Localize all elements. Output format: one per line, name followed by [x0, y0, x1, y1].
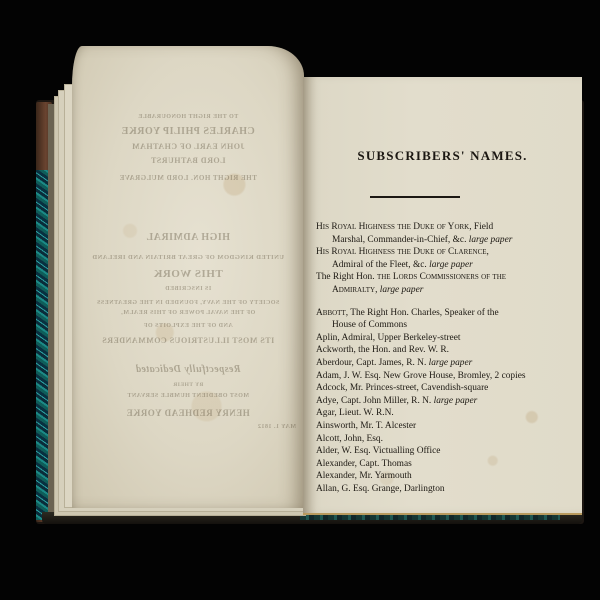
list-item: Ainsworth, Mr. T. Alcester	[316, 420, 570, 433]
entry-name: His Royal Highness the Duke of Clarence,	[316, 247, 489, 257]
list-item: Alder, W. Esq. Victualling Office	[316, 445, 570, 458]
entry-text: Admiral of the Fleet, &c.	[332, 260, 429, 270]
entry-note: large paper	[469, 235, 513, 245]
ghost-line: UNITED KINGDOM OF GREAT BRITAIN AND IREL…	[80, 254, 296, 261]
entry-text: Alcott, John, Esq.	[316, 433, 570, 446]
entry-note: large paper	[429, 358, 473, 368]
entry-text: Alexander, Capt. Thomas	[316, 458, 570, 471]
right-page: SUBSCRIBERS' NAMES. His Royal Highness t…	[303, 77, 582, 515]
list-item: Alexander, Mr. Yarmouth	[316, 470, 570, 483]
ghost-line: IS INSCRIBED	[80, 286, 296, 292]
list-item: Adye, Capt. John Miller, R. N. large pap…	[316, 395, 570, 408]
entry-text: Alexander, Mr. Yarmouth	[316, 470, 570, 483]
ghost-line: THE RIGHT HON. LORD MULGRAVE	[80, 174, 296, 182]
subscriber-list: His Royal Highness the Duke of York, Fie…	[316, 221, 570, 495]
bottom-marbled-edge	[300, 515, 560, 520]
ghost-line: MAY 1. 1812	[92, 424, 296, 430]
list-item: Alcott, John, Esq.	[316, 433, 570, 446]
entry-text: Marshal, Commander-in-Chief, &c.	[332, 235, 469, 245]
ghost-line: MOST OBEDIENT HUMBLE SERVANT	[80, 393, 296, 399]
entry-note: large paper	[429, 260, 473, 270]
title-rule	[370, 196, 460, 198]
list-item: His Royal Highness the Duke of Clarence,…	[316, 246, 570, 271]
ghost-line: SOCIETY OF THE NAVY, FOUNDED IN THE GREA…	[80, 300, 296, 306]
entry-note: large paper	[377, 285, 423, 295]
entry-name: Abbott,	[316, 308, 348, 318]
entry-text: The Right Hon. Charles, Speaker of the	[348, 308, 499, 318]
list-item: Adcock, Mr. Princes-street, Cavendish-sq…	[316, 382, 570, 395]
ghost-line: LORD BATHURST	[80, 156, 296, 165]
photo-scene: TO THE RIGHT HONOURABLE CHARLES PHILIP Y…	[0, 0, 600, 600]
entry-text: Aplin, Admiral, Upper Berkeley-street	[316, 332, 570, 345]
entry-note: large paper	[434, 396, 478, 406]
entry-name: His Royal Highness the Duke of York,	[316, 222, 472, 232]
entry-name: Admiralty,	[332, 285, 377, 295]
entry-text: The Right Hon.	[316, 272, 377, 282]
list-item: Aberdour, Capt. James, R. N. large paper	[316, 357, 570, 370]
list-item: Ackworth, the Hon. and Rev. W. R.	[316, 344, 570, 357]
ghost-line: ITS MOST ILLUSTRIOUS COMMANDERS	[80, 336, 296, 345]
spacer	[316, 297, 570, 307]
entry-text: Adcock, Mr. Princes-street, Cavendish-sq…	[316, 382, 570, 395]
list-item: Aplin, Admiral, Upper Berkeley-street	[316, 332, 570, 345]
ghost-line: JOHN EARL OF CHATHAM	[80, 142, 296, 151]
marbled-board	[36, 170, 48, 520]
list-item: Adam, J. W. Esq. New Grove House, Bromle…	[316, 370, 570, 383]
entry-name: the Lords Commissioners of the	[377, 272, 506, 282]
ghost-line: AND OF THE EXPLOITS OF	[80, 323, 296, 329]
page-title: SUBSCRIBERS' NAMES.	[303, 148, 582, 164]
list-item: Agar, Lieut. W. R.N.	[316, 407, 570, 420]
entry-text: Adye, Capt. John Miller, R. N.	[316, 396, 434, 406]
list-item: His Royal Highness the Duke of York, Fie…	[316, 221, 570, 246]
ghost-line: HENRY REDHEAD YORKE	[80, 408, 296, 418]
entry-continuation: House of Commons	[316, 319, 570, 332]
entry-text: Agar, Lieut. W. R.N.	[316, 407, 570, 420]
ghost-line: TO THE RIGHT HONOURABLE	[80, 114, 296, 120]
entry-text: Ackworth, the Hon. and Rev. W. R.	[316, 344, 570, 357]
list-item: The Right Hon. the Lords Commissioners o…	[316, 271, 570, 296]
ghost-line: Respectfully Dedicated	[80, 364, 296, 375]
entry-text: Ainsworth, Mr. T. Alcester	[316, 420, 570, 433]
entry-text: Adam, J. W. Esq. New Grove House, Bromle…	[316, 370, 570, 383]
ghost-line: THIS WORK	[80, 268, 296, 280]
entry-text: Aberdour, Capt. James, R. N.	[316, 358, 429, 368]
entry-text: Alder, W. Esq. Victualling Office	[316, 445, 570, 458]
list-item: Abbott, The Right Hon. Charles, Speaker …	[316, 307, 570, 332]
ghost-line: HIGH ADMIRAL	[80, 232, 296, 243]
list-item: Allan, G. Esq. Grange, Darlington	[316, 483, 570, 496]
ghost-line: CHARLES PHILIP YORKE	[80, 126, 296, 137]
left-page: TO THE RIGHT HONOURABLE CHARLES PHILIP Y…	[72, 46, 304, 508]
ghost-line: BY THEIR	[80, 382, 296, 388]
ghost-line: OF THE NAVAL POWER OF THIS REALM,	[80, 310, 296, 316]
entry-text: Field	[472, 222, 494, 232]
list-item: Alexander, Capt. Thomas	[316, 458, 570, 471]
entry-text: Allan, G. Esq. Grange, Darlington	[316, 483, 570, 496]
